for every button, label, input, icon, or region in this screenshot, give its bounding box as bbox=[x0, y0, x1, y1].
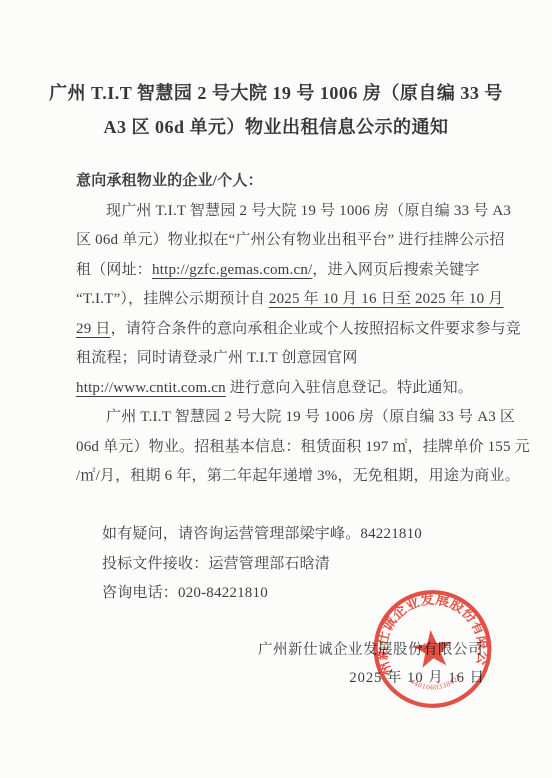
para2-line-2: 06d 单元）物业。招租基本信息：租赁面积 197 ㎡，挂牌单价 155 元 bbox=[76, 433, 522, 463]
listing-period-end: 29 日 bbox=[76, 321, 111, 337]
seal-company-arc-text: 广州新仕诚企业发展股份有限公司 bbox=[363, 582, 493, 679]
listing-period-dates: 2025 年 10 月 16 日至 2025 年 10 月 bbox=[269, 291, 504, 307]
para1-line-2: 区 06d 单元）物业拟在“广州公有物业出租平台” 进行挂牌公示招 bbox=[76, 226, 522, 256]
title-line-2: A3 区 06d 单元）物业出租信息公示的通知 bbox=[0, 110, 552, 144]
para1-line-4: “T.I.T”），挂牌公示期预计自 2025 年 10 月 16 日至 2025… bbox=[76, 285, 522, 315]
para2-line-3: /㎡/月，租期 6 年，第二年起年递增 3%，无免租期，用途为商业。 bbox=[76, 462, 522, 492]
seal-registration-code: 4401060338423 bbox=[408, 672, 464, 694]
contact-bid-receiver: 投标文件接收：运营管理部石晗清 bbox=[102, 550, 422, 580]
para1-line-1: 现广州 T.I.T 智慧园 2 号大院 19 号 1006 房（原自编 33 号… bbox=[76, 197, 522, 227]
notice-title: 广州 T.I.T 智慧园 2 号大院 19 号 1006 房（原自编 33 号 … bbox=[0, 76, 552, 144]
salutation: 意向承租物业的企业/个人： bbox=[76, 167, 522, 197]
contact-inquiry: 如有疑问，请咨询运营管理部梁宇峰。84221810 bbox=[102, 520, 422, 550]
text-segment: “T.I.T”），挂牌公示期预计自 bbox=[76, 291, 269, 307]
text-segment: 租（网址： bbox=[76, 262, 152, 278]
notice-body: 意向承租物业的企业/个人： 现广州 T.I.T 智慧园 2 号大院 19 号 1… bbox=[76, 167, 522, 492]
seal-star-icon bbox=[411, 628, 453, 669]
url-gzfc-gemas: http://gzfc.gemas.com.cn/ bbox=[152, 262, 312, 278]
url-cntit: http://www.cntit.com.cn bbox=[76, 380, 226, 396]
para2-line-1: 广州 T.I.T 智慧园 2 号大院 19 号 1006 房（原自编 33 号 … bbox=[76, 403, 522, 433]
text-segment: ，请符合条件的意向承租企业或个人按照招标文件要求参与竞 bbox=[111, 321, 521, 337]
para1-line-7: http://www.cntit.com.cn 进行意向入驻信息登记。特此通知。 bbox=[76, 374, 522, 404]
para1-line-3: 租（网址：http://gzfc.gemas.com.cn/，进入网页后搜索关键… bbox=[76, 256, 522, 286]
title-line-1: 广州 T.I.T 智慧园 2 号大院 19 号 1006 房（原自编 33 号 bbox=[0, 76, 552, 110]
company-seal-stamp: 广州新仕诚企业发展股份有限公司 4401060338423 bbox=[363, 582, 502, 717]
text-segment: ，进入网页后搜索关键字 bbox=[312, 262, 479, 278]
scanned-notice-page: 广州 T.I.T 智慧园 2 号大院 19 号 1006 房（原自编 33 号 … bbox=[0, 0, 552, 778]
para1-line-5: 29 日，请符合条件的意向承租企业或个人按照招标文件要求参与竞 bbox=[76, 315, 522, 345]
para1-line-6: 租流程；同时请登录广州 T.I.T 创意园官网 bbox=[76, 344, 522, 374]
text-segment: 进行意向入驻信息登记。特此通知。 bbox=[226, 380, 473, 396]
